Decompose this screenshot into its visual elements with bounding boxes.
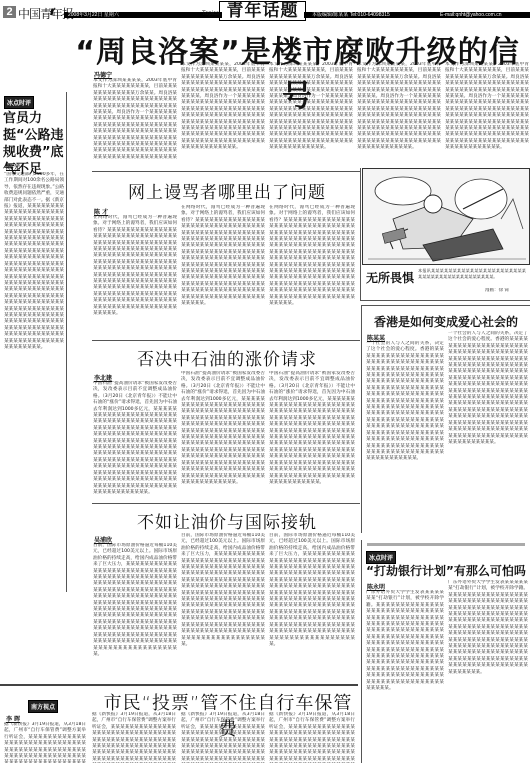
article-3-body-col1: 一个社会的人与人之间的关系，决定了这个社会的爱心程度。香港的某某某某某某某某某某… — [366, 341, 444, 525]
divider — [92, 171, 360, 172]
article-5-body-col1: 目前，国际市场原油价格逼近每桶110美元，已经超过100美元以上。国际市场原油价… — [93, 543, 177, 678]
topics-label: Topics — [202, 11, 219, 17]
editor-info: 本版编辑/陈某某 Tel:010-64098315 — [312, 12, 390, 18]
cartoon-credit: 漫画：徐 简 — [485, 288, 527, 295]
issue-date: 2008年3月22日 星期六 — [68, 12, 119, 18]
lead-body-col2: 本文作为深圳某某某某，2003年底中青报和十大某某某某某某某某，目前某某某某某某… — [181, 62, 265, 164]
sidebar-body: “国家交通部门2000多年，在工作期间对100余名公路局领导，依然存在违规现象。… — [4, 172, 64, 577]
lead-body-col4: 本文作为深圳某某某某，2003年底中青报和十大某某某某某某某某，目前某某某某某某… — [357, 62, 441, 158]
article-2-headline: 网上谩骂者哪里出了问题 — [92, 178, 362, 203]
article-5-body-col3: 目前，国际市场原油价格逼近每桶110美元，已经超过100美元以上。国际市场原油价… — [269, 533, 355, 678]
cartoon-caption: 本报讯某某某某某某某某某某某某某某某某某某某某某某某某某某某某某某某某某某某某某… — [418, 268, 526, 287]
sidebar-tag: 冰点时评 — [4, 96, 34, 109]
article-6-headline: “打劫银行计划”有那么可怕吗 — [362, 562, 530, 579]
lead-body-col5: 本文作为深圳某某某某，2003年底中青报和十大某某某某某某某某，目前某某某某某某… — [445, 62, 529, 158]
column-divider — [66, 92, 67, 592]
article-7-body-col4: 据《新快报》3月19日报道，从3月18日起，广州市“自行车保管费”调整方案举行听… — [269, 712, 355, 763]
cartoon-image — [362, 168, 530, 265]
article-4-body-col2: 中国石油“提高油价请求”被国家发改委否决，发改委表示目前不宜调整成品油价格。（3… — [181, 371, 265, 496]
lead-body-col1: 本文作为深圳某某某某，2003年底中青报和十大某某某某某某某某，目前某某某某某某… — [93, 78, 177, 160]
lead-body-col3: 本文作为深圳某某某某，2003年底中青报和十大某某某某某某某某，目前某某某某某某… — [269, 62, 353, 164]
article-4-body-col1: 中国石油“提高油价请求”被国家发改委否决，发改委表示目前不宜调整成品油价格。（3… — [93, 381, 177, 496]
article-7-body-col1: 据《新快报》3月19日报道，从3月18日起，广州市“自行车保管费”调整方案举行听… — [4, 722, 86, 763]
article-3-body-col2: 一个社会的人与人之间的关系，决定了这个社会的爱心程度。香港的某某某某某某某某某某… — [448, 331, 528, 525]
article-6-body-col2: 广东外语外贸大学学生发表某某某某某某“打劫银行”计划，被学校开除学籍。某某某某某… — [448, 580, 528, 758]
article-6-body-col1: 广东外语外贸大学学生发表某某某某某某“打劫银行”计划，被学校开除学籍。某某某某某… — [366, 590, 444, 758]
article-7-tag: 南方视点 — [28, 700, 58, 713]
article-2-body-col1: 在网络时代，谩骂已经成为一种普遍现象。对于网络上的谩骂者，我们应该如何看待？某某… — [93, 215, 177, 328]
article-5-headline: 不如让油价与国际接轨 — [92, 508, 362, 533]
editor-email[interactable]: E-mail:qnht@yahoo.com.cn — [440, 12, 502, 18]
page-number: 2 — [3, 6, 16, 18]
article-4-headline: 否决中石油的涨价请求 — [92, 345, 362, 370]
grey-divider — [367, 543, 525, 546]
section-title: 青年话题 — [219, 1, 306, 21]
article-4-body-col3: 中国石油“提高油价请求”被国家发改委否决，发改委表示目前不宜调整成品油价格。（3… — [269, 371, 355, 496]
article-5-body-col2: 目前，国际市场原油价格逼近每桶110美元，已经超过100美元以上。国际市场原油价… — [181, 533, 265, 678]
decorative-slashes: //// — [50, 7, 52, 17]
article-2-body-col3: 在网络时代，谩骂已经成为一种普遍现象。对于网络上的谩骂者，我们应该如何看待？某某… — [269, 205, 355, 328]
cartoon-title: 无所畏惧 — [366, 270, 414, 287]
cartoon-illustration-icon — [363, 169, 530, 265]
article-3-headline: 香港是如何变成爱心社会的 — [362, 313, 530, 330]
article-7-body-col3: 据《新快报》3月19日报道，从3月18日起，广州市“自行车保管费”调整方案举行听… — [181, 712, 265, 763]
article-7-body-col2: 据《新快报》3月19日报道，从3月18日起，广州市“自行车保管费”调整方案举行听… — [92, 712, 176, 763]
article-2-body-col2: 在网络时代，谩骂已经成为一种普遍现象。对于网络上的谩骂者，我们应该如何看待？某某… — [181, 205, 265, 328]
sidebar-author: 陈 光 — [6, 162, 20, 171]
